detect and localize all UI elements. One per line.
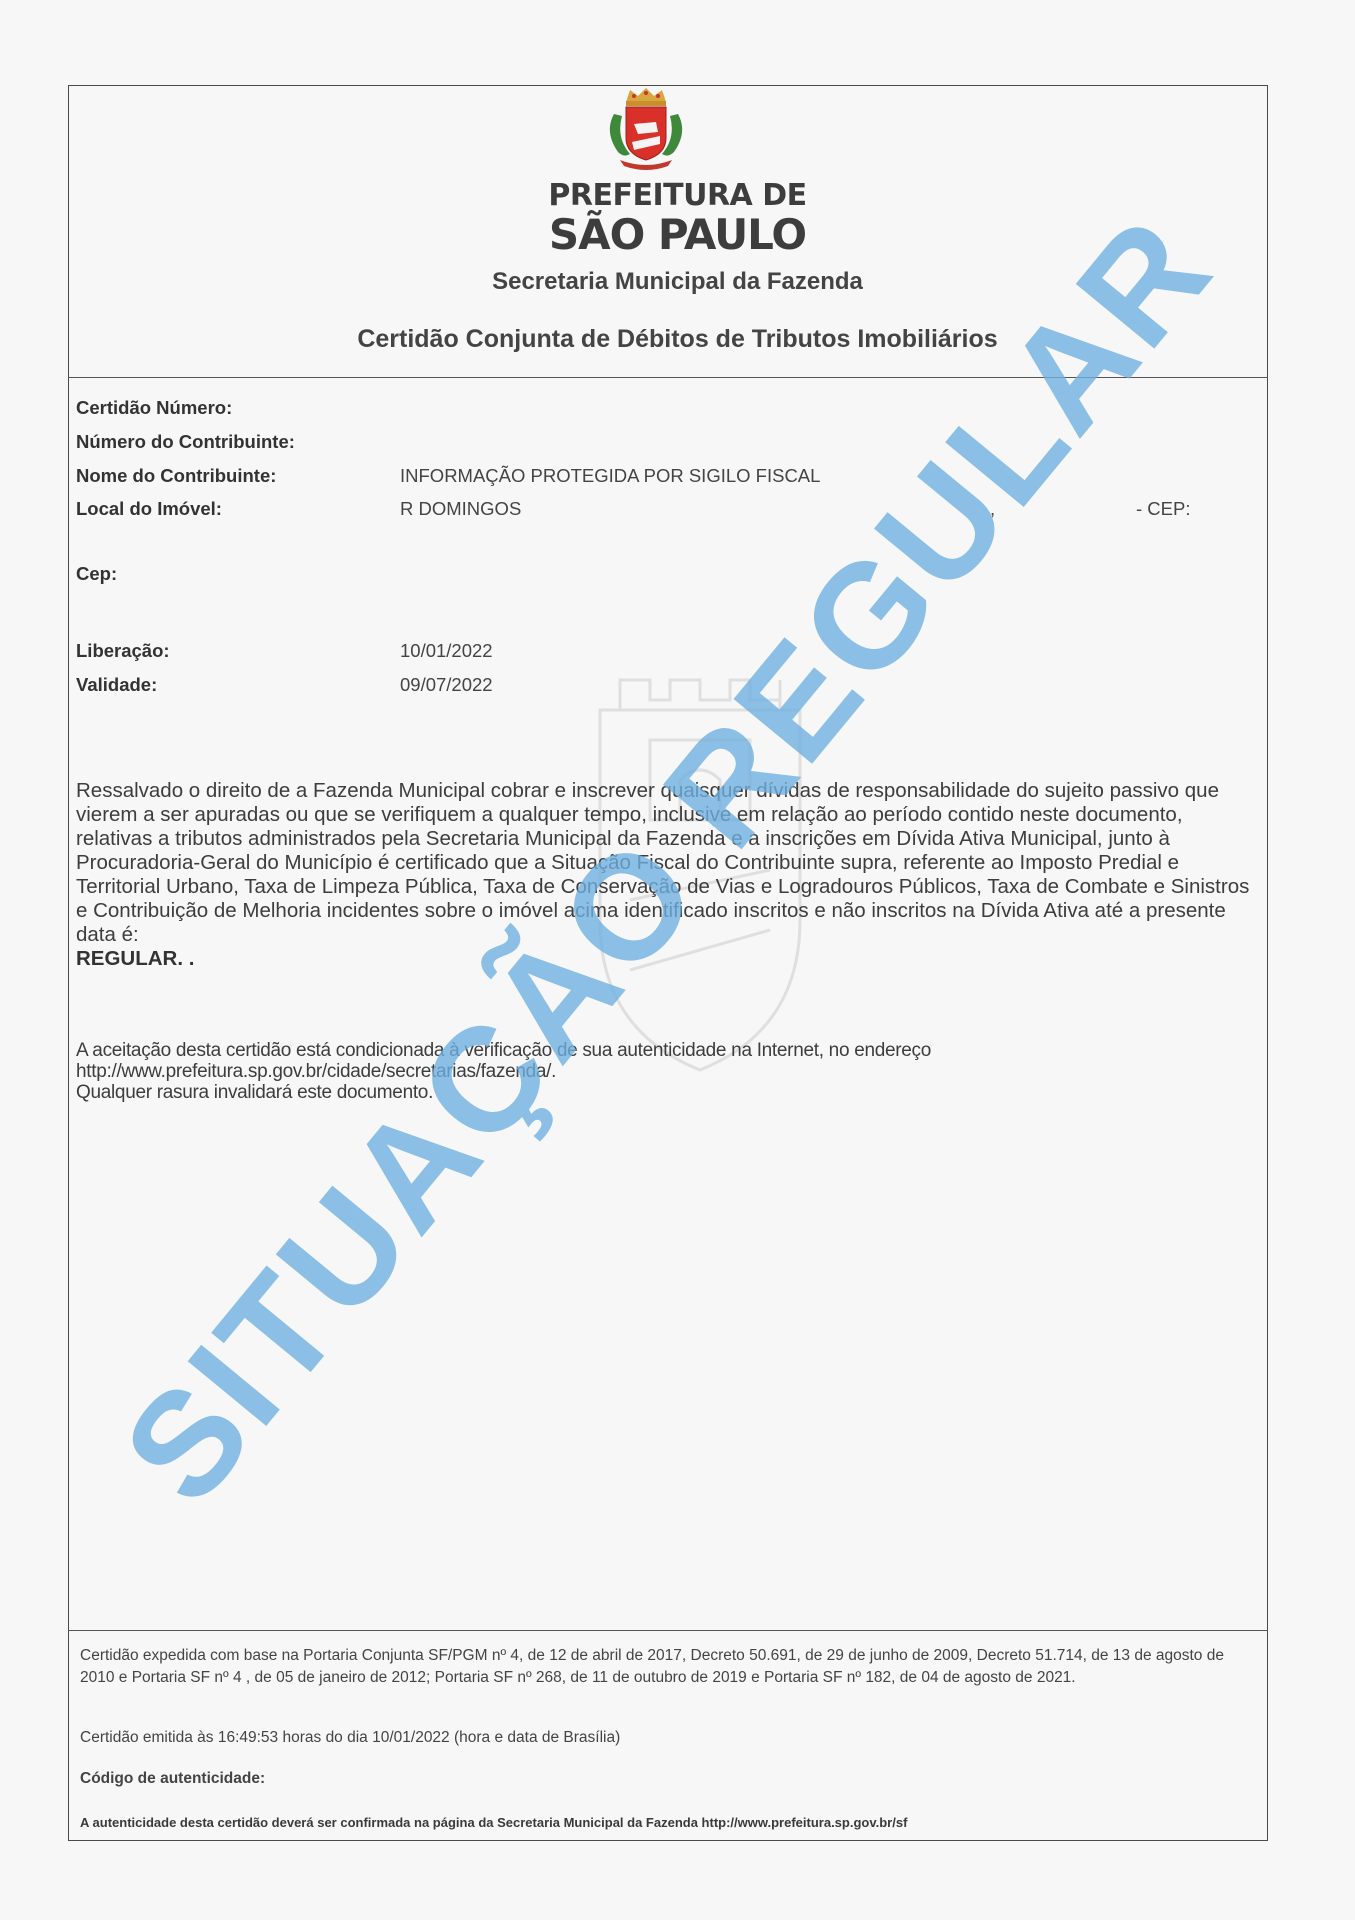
local-imovel-separator: , bbox=[990, 498, 995, 520]
acceptance-url[interactable]: http://www.prefeitura.sp.gov.br/cidade/s… bbox=[76, 1061, 1256, 1082]
nome-contribuinte-label: Nome do Contribuinte: bbox=[76, 465, 276, 487]
cep-label: Cep: bbox=[76, 563, 117, 585]
legal-basis-text: Certidão expedida com base na Portaria C… bbox=[80, 1645, 1250, 1689]
acceptance-paragraph: A aceitação desta certidão está condicio… bbox=[76, 1040, 1256, 1103]
liberacao-label: Liberação: bbox=[76, 640, 170, 662]
local-imovel-cep-label: - CEP: bbox=[1136, 498, 1190, 520]
issued-at-text: Certidão emitida às 16:49:53 horas do di… bbox=[80, 1727, 1250, 1749]
verification-note: A autenticidade desta certidão deverá se… bbox=[80, 1815, 907, 1830]
footer-divider bbox=[68, 1630, 1268, 1631]
sao-paulo-coat-of-arms-icon bbox=[598, 88, 694, 174]
fiscal-status: REGULAR. . bbox=[76, 947, 194, 970]
brand-prefeitura-de: PREFEITURA DE bbox=[0, 178, 1355, 213]
local-imovel-label: Local do Imóvel: bbox=[76, 498, 222, 520]
local-imovel-value: R DOMINGOS bbox=[400, 498, 521, 520]
erasure-notice: Qualquer rasura invalidará este document… bbox=[76, 1082, 1256, 1103]
certification-paragraph: Ressalvado o direito de a Fazenda Munici… bbox=[76, 779, 1256, 971]
auth-code-label: Código de autenticidade: bbox=[80, 1768, 1250, 1790]
acceptance-text: A aceitação desta certidão está condicio… bbox=[76, 1040, 1256, 1061]
brand-sao-paulo: SÃO PAULO bbox=[0, 210, 1355, 259]
validade-label: Validade: bbox=[76, 674, 157, 696]
certidao-numero-label: Certidão Número: bbox=[76, 397, 232, 419]
liberacao-date: 10/01/2022 bbox=[400, 640, 493, 662]
nome-contribuinte-value: INFORMAÇÃO PROTEGIDA POR SIGILO FISCAL bbox=[400, 465, 820, 487]
numero-contribuinte-label: Número do Contribuinte: bbox=[76, 431, 295, 453]
header-divider bbox=[68, 377, 1268, 378]
department-name: Secretaria Municipal da Fazenda bbox=[0, 268, 1355, 296]
validade-date: 09/07/2022 bbox=[400, 674, 493, 696]
certification-text: Ressalvado o direito de a Fazenda Munici… bbox=[76, 779, 1249, 946]
document-title: Certidão Conjunta de Débitos de Tributos… bbox=[0, 325, 1355, 354]
